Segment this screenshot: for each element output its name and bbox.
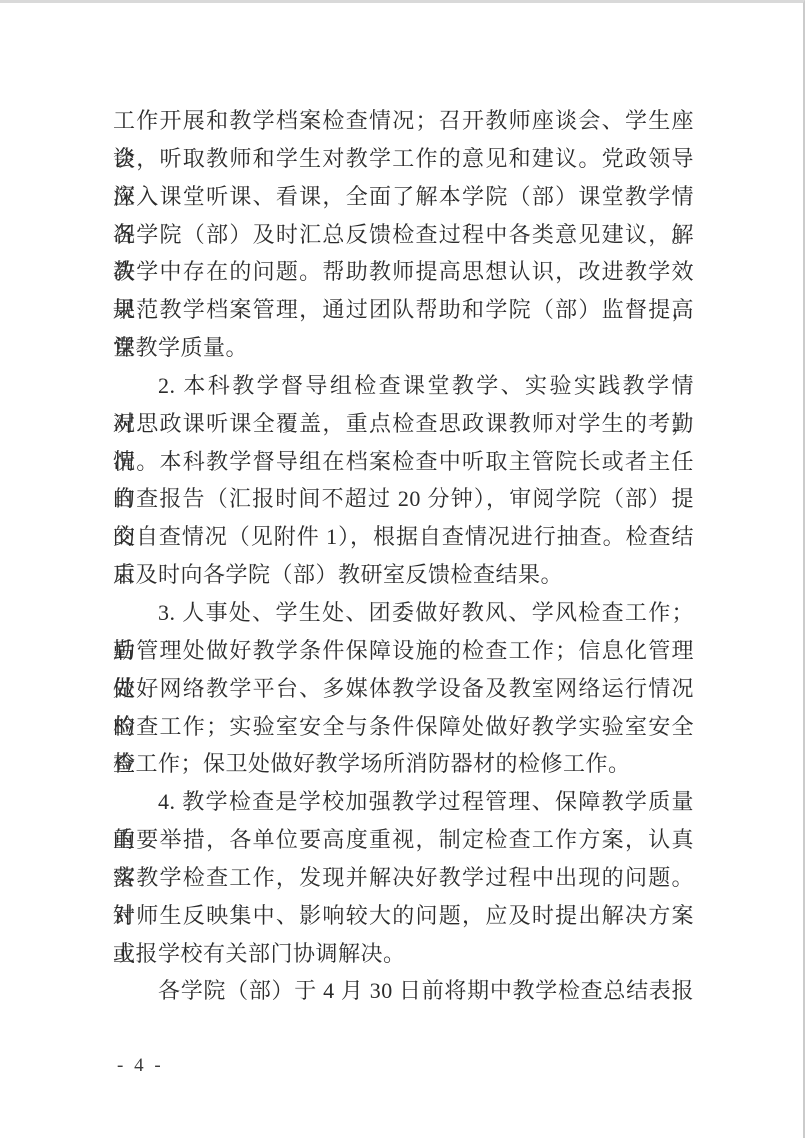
text-line: 各学院（部）及时汇总反馈检查过程中各类意见建议，解决 [113, 216, 694, 254]
text-line: 况。本科教学督导组在档案检查中听取主管院长或者主任的 [113, 443, 694, 481]
text-line: 查工作；保卫处做好教学场所消防器材的检修工作。 [113, 745, 694, 783]
paragraph: 3. 人事处、学生处、团委做好教风、学风检查工作；后 勤管理处做好教学条件保障设… [113, 594, 694, 783]
paragraph: 各学院（部）于 4 月 30 日前将期中教学检查总结表报 [113, 972, 694, 1010]
text-line: 堂教学质量。 [113, 329, 694, 367]
text-line: 规范教学档案管理，通过团队帮助和学院（部）监督提高课 [113, 291, 694, 329]
text-line: 会，听取教师和学生对教学工作的意见和建议。党政领导应 [113, 140, 694, 178]
text-line: 4. 教学检查是学校加强教学过程管理、保障教学质量的 [113, 783, 694, 821]
paragraph: 2. 本科教学督导组检查课堂教学、实验实践教学情况， 对思政课听课全覆盖，重点检… [113, 367, 694, 594]
text-line: 对思政课听课全覆盖，重点检查思政课教师对学生的考勤情 [113, 405, 694, 443]
text-line: 教学中存在的问题。帮助教师提高思想认识，改进教学效果， [113, 253, 694, 291]
text-line: 后及时向各学院（部）教研室反馈检查结果。 [113, 556, 694, 594]
document-page: 工作开展和教学档案检查情况；召开教师座谈会、学生座谈 会，听取教师和学生对教学工… [0, 0, 805, 1138]
text-line: 深入课堂听课、看课，全面了解本学院（部）课堂教学情况。 [113, 178, 694, 216]
text-line: 重要举措，各单位要高度重视，制定检查工作方案，认真落 [113, 821, 694, 859]
text-line: 对师生反映集中、影响较大的问题，应及时提出解决方案或 [113, 897, 694, 935]
text-line: 上报学校有关部门协调解决。 [113, 935, 694, 973]
text-line: 2. 本科教学督导组检查课堂教学、实验实践教学情况， [113, 367, 694, 405]
text-line: 检查工作；实验室安全与条件保障处做好教学实验室安全检 [113, 708, 694, 746]
text-line: 做好网络教学平台、多媒体教学设备及教室网络运行情况的 [113, 670, 694, 708]
text-line: 自查报告（汇报时间不超过 20 分钟），审阅学院（部）提交 [113, 480, 694, 518]
text-line: 的自查情况（见附件 1），根据自查情况进行抽查。检查结束 [113, 518, 694, 556]
text-line: 3. 人事处、学生处、团委做好教风、学风检查工作；后 [113, 594, 694, 632]
text-line: 实教学检查工作，发现并解决好教学过程中出现的问题。针 [113, 859, 694, 897]
paragraph: 4. 教学检查是学校加强教学过程管理、保障教学质量的 重要举措，各单位要高度重视… [113, 783, 694, 972]
document-body: 工作开展和教学档案检查情况；召开教师座谈会、学生座谈 会，听取教师和学生对教学工… [113, 102, 694, 1010]
text-line: 工作开展和教学档案检查情况；召开教师座谈会、学生座谈 [113, 102, 694, 140]
page-number: - 4 - [117, 1055, 164, 1077]
text-line: 勤管理处做好教学条件保障设施的检查工作；信息化管理处 [113, 632, 694, 670]
text-line: 各学院（部）于 4 月 30 日前将期中教学检查总结表报 [113, 972, 694, 1010]
paragraph: 工作开展和教学档案检查情况；召开教师座谈会、学生座谈 会，听取教师和学生对教学工… [113, 102, 694, 367]
